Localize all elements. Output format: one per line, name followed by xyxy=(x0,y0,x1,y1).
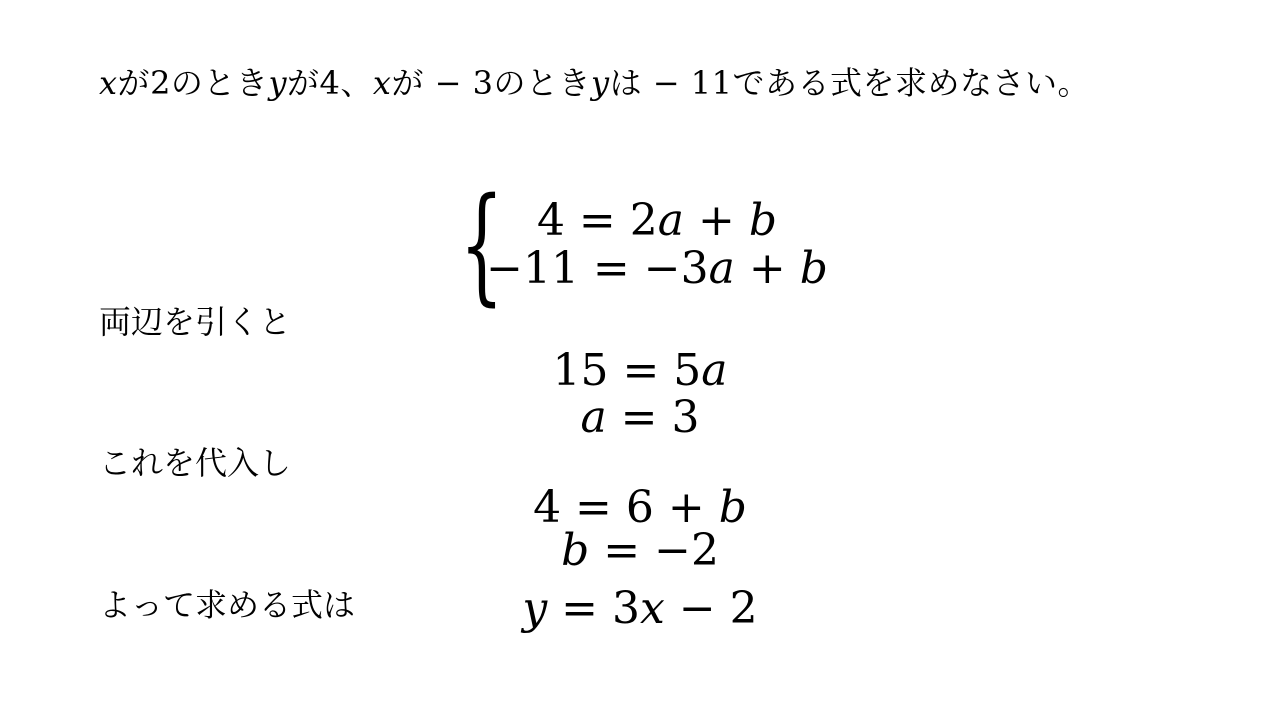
text-segment: のとき xyxy=(171,65,269,101)
math-segment: y xyxy=(268,64,287,102)
math-segment: a xyxy=(580,392,606,443)
text-segment: が xyxy=(391,65,424,101)
math-segment: − 3 xyxy=(424,64,494,102)
math-segment: b xyxy=(561,525,589,576)
math-segment: a xyxy=(701,345,727,396)
math-segment: y xyxy=(522,583,547,634)
math-segment: −11 = −3 xyxy=(486,243,709,294)
math-segment: 2 xyxy=(150,64,171,102)
text-segment: は xyxy=(610,65,643,101)
text-segment: である式を求めなさい。 xyxy=(732,65,1090,101)
system-equation-2: −11 = −3a + b xyxy=(486,245,828,293)
equation-15-equals-5a: 15 = 5a xyxy=(0,347,1280,395)
text-segment: 、 xyxy=(340,65,373,101)
equation-system: { 4 = 2a + b −11 = −3a + b xyxy=(0,197,1280,293)
math-segment: x xyxy=(640,583,665,634)
math-segment: + xyxy=(735,243,800,294)
math-segment: b xyxy=(719,482,747,533)
math-segment: y xyxy=(591,64,610,102)
math-segment: 4 = 2 xyxy=(537,195,658,246)
math-segment: a xyxy=(709,243,735,294)
math-segment: b xyxy=(800,243,828,294)
math-segment: x xyxy=(99,64,118,102)
equation-b-equals-minus-2: b = −2 xyxy=(0,527,1280,575)
text-segment: が xyxy=(118,65,151,101)
text-segment: が xyxy=(287,65,320,101)
math-segment: − 2 xyxy=(665,583,758,634)
problem-statement: xが2のときyが4、xが − 3のときyは − 11である式を求めなさい。 xyxy=(99,62,1090,104)
step-label-substitute: これを代入し xyxy=(99,443,291,483)
left-curly-brace: { xyxy=(460,197,479,293)
equation-a-equals-3: a = 3 xyxy=(0,394,1280,442)
system-equations: 4 = 2a + b −11 = −3a + b xyxy=(486,197,828,293)
math-segment: a xyxy=(658,195,684,246)
math-worksheet-slide: xが2のときyが4、xが − 3のときyは − 11である式を求めなさい。 { … xyxy=(0,0,1280,720)
step-label-subtract: 両辺を引くと xyxy=(99,302,291,342)
math-segment: x xyxy=(373,64,392,102)
equation-final-answer: y = 3x − 2 xyxy=(0,585,1280,633)
math-segment: + xyxy=(684,195,749,246)
math-segment: 15 = 5 xyxy=(552,345,701,396)
math-segment: = −2 xyxy=(589,525,719,576)
system-equation-1: 4 = 2a + b xyxy=(486,197,828,245)
text-segment: のとき xyxy=(493,65,591,101)
math-segment: = 3 xyxy=(607,392,700,443)
math-segment: − 11 xyxy=(642,64,732,102)
math-segment: b xyxy=(749,195,777,246)
math-segment: 4 xyxy=(320,64,341,102)
math-segment: = 3 xyxy=(547,583,640,634)
